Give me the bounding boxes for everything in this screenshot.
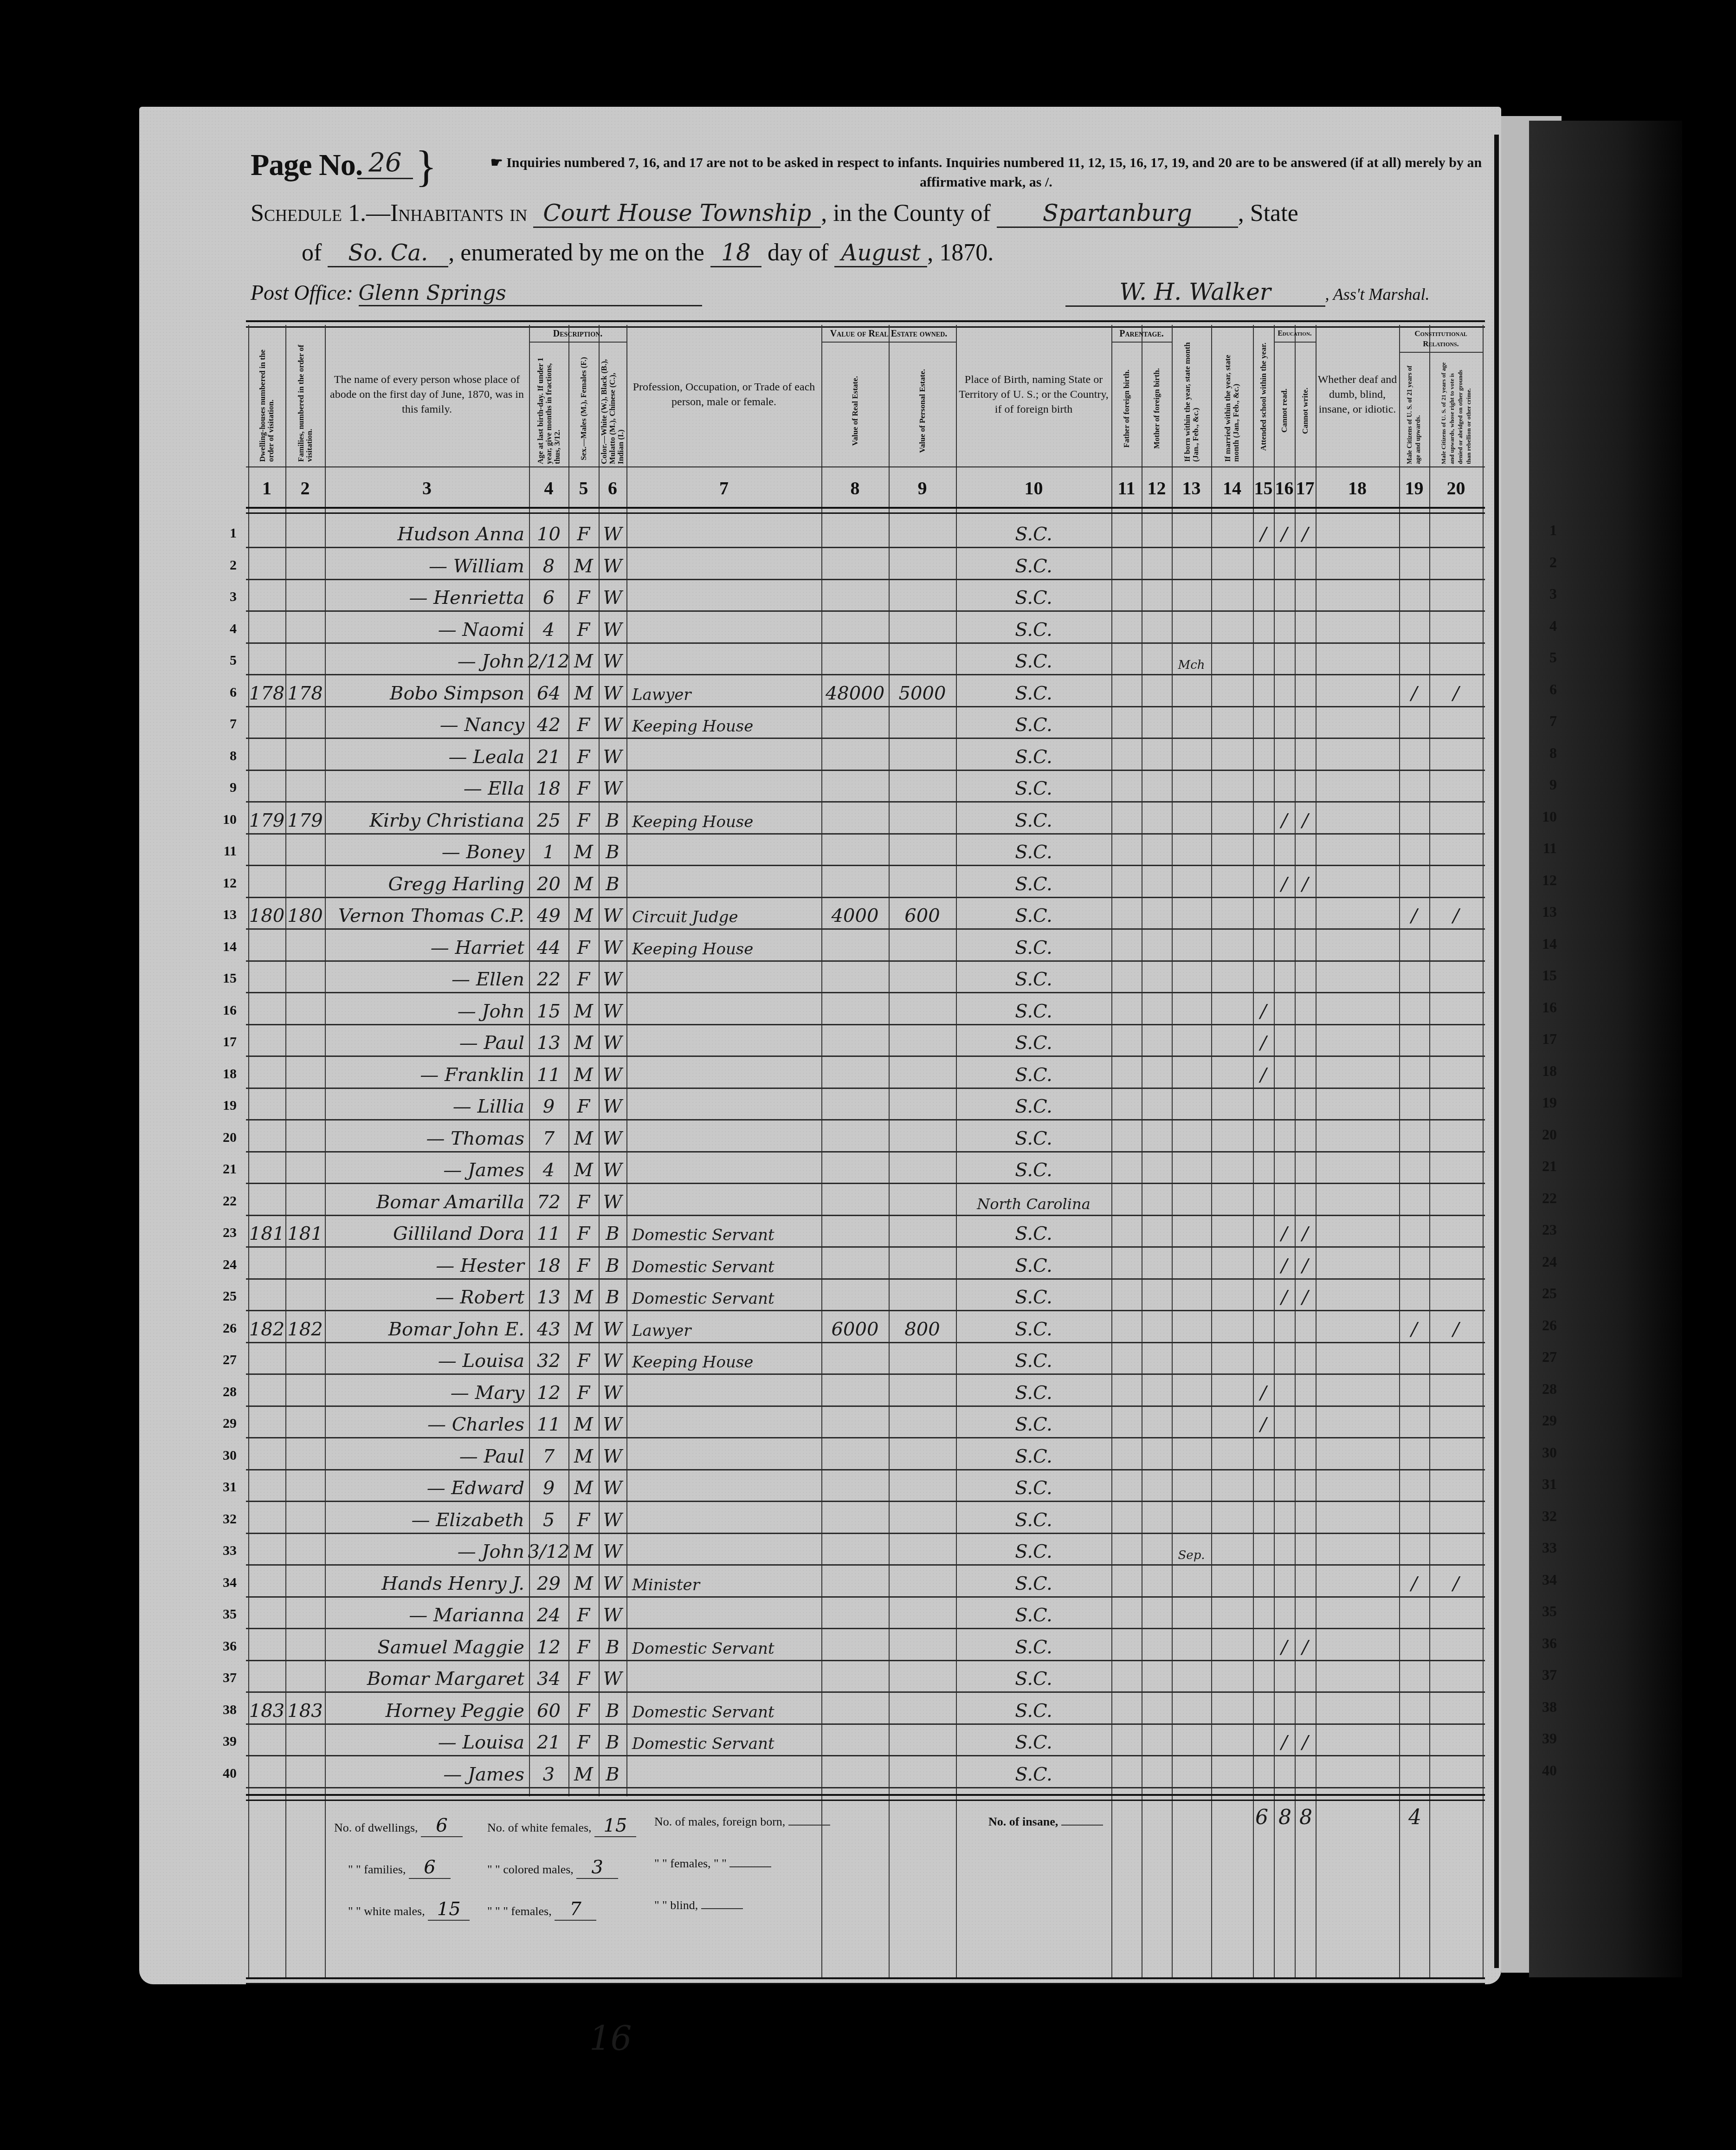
cell-occupation bbox=[626, 1438, 821, 1469]
cell-personal bbox=[889, 738, 956, 770]
cell-c13 bbox=[1172, 1501, 1211, 1533]
cell-age: 34 bbox=[529, 1660, 568, 1691]
cell-birth: S.C. bbox=[956, 1405, 1111, 1437]
line-number-right: 40 bbox=[1520, 1762, 1557, 1779]
page-border-line bbox=[1494, 135, 1499, 1968]
cell-personal bbox=[889, 1469, 956, 1501]
cell-birth: S.C. bbox=[956, 1596, 1111, 1628]
cell-occupation: Domestic Servant bbox=[626, 1278, 821, 1310]
cell-age: 7 bbox=[529, 1438, 568, 1469]
line-number-right: 28 bbox=[1520, 1380, 1557, 1398]
cell-c20 bbox=[1429, 579, 1483, 610]
cell-c19 bbox=[1399, 1215, 1429, 1246]
cell-c20 bbox=[1429, 1374, 1483, 1405]
line-number: 10 bbox=[213, 812, 237, 828]
cell-c13 bbox=[1172, 833, 1211, 865]
cell-c19 bbox=[1399, 1438, 1429, 1469]
cell-c17: / bbox=[1295, 865, 1316, 897]
cell-c16 bbox=[1274, 1692, 1295, 1723]
table-row: 3838183183Horney Peggie60FBDomestic Serv… bbox=[246, 1692, 1485, 1725]
cell-color: W bbox=[599, 1405, 626, 1437]
cell-c19 bbox=[1399, 833, 1429, 865]
cell-c13 bbox=[1172, 738, 1211, 770]
cell-c19: / bbox=[1399, 1565, 1429, 1596]
cell-c20 bbox=[1429, 770, 1483, 801]
schedule-line: Schedule 1.—Inhabitants in Court House T… bbox=[251, 200, 1298, 228]
cell-age: 11 bbox=[529, 1056, 568, 1088]
county-label: , in the County of bbox=[821, 200, 990, 227]
cell-c16 bbox=[1274, 1469, 1295, 1501]
cell-c20 bbox=[1429, 1723, 1483, 1755]
cell-name: Vernon Thomas C.P. bbox=[325, 897, 529, 928]
line-number-right: 36 bbox=[1520, 1635, 1557, 1652]
cell-family bbox=[285, 1342, 325, 1373]
blind-count bbox=[701, 1908, 743, 1909]
cell-c17 bbox=[1295, 1438, 1316, 1469]
cell-age: 32 bbox=[529, 1342, 568, 1373]
col-number: 16 bbox=[1274, 470, 1295, 506]
cell-family bbox=[285, 579, 325, 610]
cell-family bbox=[285, 1247, 325, 1278]
cell-age: 22 bbox=[529, 960, 568, 992]
line-number: 2 bbox=[213, 557, 237, 573]
cell-c16 bbox=[1274, 1342, 1295, 1373]
marshal-signature: W. H. Walker bbox=[1065, 278, 1325, 307]
cell-personal bbox=[889, 1533, 956, 1564]
table-row: 2424— Hester18FBDomestic ServantS.C.// bbox=[246, 1247, 1485, 1280]
cell-c19 bbox=[1399, 1628, 1429, 1660]
cell-c13 bbox=[1172, 706, 1211, 738]
line-number-right: 3 bbox=[1520, 585, 1557, 602]
cell-c13 bbox=[1172, 547, 1211, 579]
cell-age: 21 bbox=[529, 1723, 568, 1755]
cell-occupation bbox=[626, 738, 821, 770]
families-count: 6 bbox=[409, 1857, 451, 1879]
cell-c13 bbox=[1172, 1342, 1211, 1373]
col-number: 7 bbox=[626, 470, 821, 506]
cell-sex: M bbox=[568, 865, 599, 897]
cell-occupation bbox=[626, 1183, 821, 1215]
cell-c15: / bbox=[1253, 1056, 1274, 1088]
cell-color: W bbox=[599, 960, 626, 992]
cell-age: 12 bbox=[529, 1628, 568, 1660]
description-group-header: Description. bbox=[529, 329, 626, 343]
dwellings-count: 6 bbox=[421, 1815, 463, 1837]
cell-c20 bbox=[1429, 1120, 1483, 1151]
cell-c13 bbox=[1172, 1024, 1211, 1056]
county-field: Spartanburg bbox=[997, 200, 1238, 228]
cell-birth: S.C. bbox=[956, 1374, 1111, 1405]
cell-dwelling bbox=[248, 960, 285, 992]
cell-personal bbox=[889, 1215, 956, 1246]
cell-age: 8 bbox=[529, 547, 568, 579]
cell-family bbox=[285, 1565, 325, 1596]
cell-c16 bbox=[1274, 1120, 1295, 1151]
brace-glyph: } bbox=[415, 144, 437, 188]
cell-sex: M bbox=[568, 1056, 599, 1088]
cell-dwelling bbox=[248, 1088, 285, 1119]
cell-name: Kirby Christiana bbox=[325, 802, 529, 833]
table-row: 55— John2/12MWS.C.Mch bbox=[246, 642, 1485, 675]
line-number: 28 bbox=[213, 1384, 237, 1400]
cell-c19 bbox=[1399, 865, 1429, 897]
cell-c16 bbox=[1274, 1088, 1295, 1119]
cell-dwelling bbox=[248, 1596, 285, 1628]
cell-family: 183 bbox=[285, 1692, 325, 1723]
cell-c15 bbox=[1253, 1501, 1274, 1533]
cell-c15: / bbox=[1253, 1405, 1274, 1437]
cell-dwelling: 178 bbox=[248, 674, 285, 706]
cell-dwelling bbox=[248, 642, 285, 674]
cell-sex: M bbox=[568, 1533, 599, 1564]
cell-c13 bbox=[1172, 1755, 1211, 1787]
line-number-right: 24 bbox=[1520, 1253, 1557, 1270]
cell-color: W bbox=[599, 642, 626, 674]
line-number: 35 bbox=[213, 1606, 237, 1622]
cell-dwelling bbox=[248, 770, 285, 801]
cell-family bbox=[285, 1405, 325, 1437]
cell-c16 bbox=[1274, 929, 1295, 960]
cell-personal bbox=[889, 960, 956, 992]
cell-occupation bbox=[626, 515, 821, 547]
cell-c20 bbox=[1429, 1024, 1483, 1056]
line-number-right: 1 bbox=[1520, 522, 1557, 539]
cell-c13 bbox=[1172, 1596, 1211, 1628]
cell-dwelling: 180 bbox=[248, 897, 285, 928]
cell-real bbox=[821, 929, 889, 960]
cell-birth: S.C. bbox=[956, 547, 1111, 579]
line-number-right: 13 bbox=[1520, 903, 1557, 920]
cell-c13 bbox=[1172, 1151, 1211, 1183]
cell-birth: S.C. bbox=[956, 1692, 1111, 1723]
line-number: 31 bbox=[213, 1479, 237, 1495]
line-number-right: 7 bbox=[1520, 712, 1557, 730]
cell-sex: F bbox=[568, 515, 599, 547]
cell-color: B bbox=[599, 1215, 626, 1246]
line-number: 23 bbox=[213, 1225, 237, 1241]
cell-c15 bbox=[1253, 833, 1274, 865]
cell-family bbox=[285, 1628, 325, 1660]
cell-sex: M bbox=[568, 1151, 599, 1183]
cell-color: W bbox=[599, 1120, 626, 1151]
cell-c19 bbox=[1399, 1024, 1429, 1056]
col15-header: Attended school within the year. bbox=[1253, 330, 1274, 464]
cell-personal bbox=[889, 770, 956, 801]
cell-dwelling bbox=[248, 1151, 285, 1183]
cell-sex: F bbox=[568, 1628, 599, 1660]
foreign-females-count bbox=[729, 1866, 771, 1867]
cell-real bbox=[821, 1151, 889, 1183]
cell-c17 bbox=[1295, 674, 1316, 706]
cell-occupation bbox=[626, 547, 821, 579]
cell-occupation bbox=[626, 579, 821, 610]
cell-age: 9 bbox=[529, 1469, 568, 1501]
cell-name: — Harriet bbox=[325, 929, 529, 960]
cell-real bbox=[821, 802, 889, 833]
cell-c19 bbox=[1399, 802, 1429, 833]
cell-color: W bbox=[599, 1596, 626, 1628]
cell-c20 bbox=[1429, 1247, 1483, 1278]
cell-color: B bbox=[599, 1755, 626, 1787]
cell-dwelling bbox=[248, 706, 285, 738]
cell-birth: S.C. bbox=[956, 1628, 1111, 1660]
cell-c16 bbox=[1274, 1438, 1295, 1469]
cell-c19 bbox=[1399, 1278, 1429, 1310]
cell-personal bbox=[889, 1056, 956, 1088]
table-row: 3434Hands Henry J.29MWMinisterS.C.// bbox=[246, 1565, 1485, 1598]
table-row: 1212Gregg Harling20MBS.C.// bbox=[246, 865, 1485, 898]
col4-header: Age at last birth-day. If under 1 year, … bbox=[529, 353, 568, 464]
blind-label: " " blind, bbox=[654, 1898, 698, 1912]
col12-header: Mother of foreign birth. bbox=[1142, 353, 1172, 464]
line-number: 13 bbox=[213, 907, 237, 923]
month-field: August bbox=[834, 240, 927, 267]
cell-family: 182 bbox=[285, 1310, 325, 1342]
cell-family bbox=[285, 929, 325, 960]
line-number-right: 4 bbox=[1520, 617, 1557, 635]
cell-occupation: Circuit Judge bbox=[626, 897, 821, 928]
cell-occupation bbox=[626, 1120, 821, 1151]
cell-birth: S.C. bbox=[956, 770, 1111, 801]
cell-occupation bbox=[626, 992, 821, 1024]
cell-sex: M bbox=[568, 992, 599, 1024]
cell-sex: F bbox=[568, 1374, 599, 1405]
cell-name: — Paul bbox=[325, 1024, 529, 1056]
cell-c19 bbox=[1399, 1183, 1429, 1215]
cell-birth: S.C. bbox=[956, 1660, 1111, 1691]
cell-c16 bbox=[1274, 674, 1295, 706]
cell-sex: F bbox=[568, 770, 599, 801]
cell-name: — Louisa bbox=[325, 1723, 529, 1755]
cell-c20 bbox=[1429, 1215, 1483, 1246]
cell-c15 bbox=[1253, 1533, 1274, 1564]
cell-color: W bbox=[599, 674, 626, 706]
cell-c15 bbox=[1253, 1151, 1274, 1183]
cell-c17 bbox=[1295, 1120, 1316, 1151]
cell-c15 bbox=[1253, 674, 1274, 706]
cell-color: B bbox=[599, 1278, 626, 1310]
line-number-right: 16 bbox=[1520, 999, 1557, 1016]
cell-real bbox=[821, 547, 889, 579]
cell-c13 bbox=[1172, 1120, 1211, 1151]
cell-color: W bbox=[599, 897, 626, 928]
cell-occupation: Keeping House bbox=[626, 929, 821, 960]
cell-family bbox=[285, 1501, 325, 1533]
cell-age: 3 bbox=[529, 1755, 568, 1787]
cell-sex: M bbox=[568, 1469, 599, 1501]
cell-dwelling bbox=[248, 1056, 285, 1088]
line-number: 40 bbox=[213, 1766, 237, 1781]
table-row: 1717— Paul13MWS.C./ bbox=[246, 1024, 1485, 1057]
cell-personal bbox=[889, 1755, 956, 1787]
line-number: 15 bbox=[213, 971, 237, 986]
cell-color: B bbox=[599, 1723, 626, 1755]
cell-c20 bbox=[1429, 802, 1483, 833]
cell-color: W bbox=[599, 1342, 626, 1373]
foreign-males-count bbox=[788, 1825, 830, 1826]
cell-real bbox=[821, 1723, 889, 1755]
line-number: 19 bbox=[213, 1098, 237, 1114]
constitutional-group-header: Constitutional Relations. bbox=[1399, 329, 1483, 353]
line-number-right: 29 bbox=[1520, 1412, 1557, 1429]
cell-c20 bbox=[1429, 1342, 1483, 1373]
line-number-right: 8 bbox=[1520, 745, 1557, 762]
foreign-males-label: No. of males, foreign born, bbox=[654, 1815, 785, 1828]
cell-name: — John bbox=[325, 992, 529, 1024]
cell-name: — James bbox=[325, 1755, 529, 1787]
cell-real bbox=[821, 1056, 889, 1088]
cell-c13 bbox=[1172, 1215, 1211, 1246]
cell-birth: S.C. bbox=[956, 642, 1111, 674]
cell-name: — Naomi bbox=[325, 611, 529, 642]
cell-c16 bbox=[1274, 1501, 1295, 1533]
cell-c19 bbox=[1399, 1723, 1429, 1755]
cell-c20 bbox=[1429, 547, 1483, 579]
col7-header: Profession, Occupation, or Trade of each… bbox=[626, 325, 821, 464]
census-table: Dwelling-houses numbered in the order of… bbox=[246, 325, 1485, 1982]
cell-age: 43 bbox=[529, 1310, 568, 1342]
cell-c16 bbox=[1274, 1310, 1295, 1342]
cell-color: B bbox=[599, 865, 626, 897]
line-number-right: 32 bbox=[1520, 1508, 1557, 1525]
cell-age: 72 bbox=[529, 1183, 568, 1215]
cell-occupation bbox=[626, 642, 821, 674]
cell-family bbox=[285, 642, 325, 674]
cell-c17 bbox=[1295, 897, 1316, 928]
cell-name: Horney Peggie bbox=[325, 1692, 529, 1723]
cell-c15 bbox=[1253, 1565, 1274, 1596]
table-row: 1919— Lillia9FWS.C. bbox=[246, 1088, 1485, 1120]
cell-c15 bbox=[1253, 1596, 1274, 1628]
cell-c13 bbox=[1172, 1628, 1211, 1660]
cell-c15 bbox=[1253, 802, 1274, 833]
cell-age: 13 bbox=[529, 1278, 568, 1310]
cell-dwelling bbox=[248, 547, 285, 579]
cell-name: Bomar John E. bbox=[325, 1310, 529, 1342]
cell-c19 bbox=[1399, 1469, 1429, 1501]
cell-c16 bbox=[1274, 642, 1295, 674]
cell-real bbox=[821, 865, 889, 897]
cell-c17 bbox=[1295, 929, 1316, 960]
cell-birth: S.C. bbox=[956, 865, 1111, 897]
cell-color: W bbox=[599, 611, 626, 642]
cell-c20 bbox=[1429, 642, 1483, 674]
cell-occupation bbox=[626, 1533, 821, 1564]
cell-birth: S.C. bbox=[956, 1438, 1111, 1469]
cell-birth: S.C. bbox=[956, 833, 1111, 865]
cell-family bbox=[285, 770, 325, 801]
cell-color: W bbox=[599, 1533, 626, 1564]
col-number: 2 bbox=[285, 470, 325, 506]
cell-family bbox=[285, 960, 325, 992]
cell-c19 bbox=[1399, 960, 1429, 992]
cell-name: — Mary bbox=[325, 1374, 529, 1405]
line-number-right: 30 bbox=[1520, 1444, 1557, 1461]
cell-birth: S.C. bbox=[956, 1088, 1111, 1119]
cell-c19 bbox=[1399, 1692, 1429, 1723]
white-males-label: " " white males, bbox=[348, 1904, 425, 1918]
cell-sex: F bbox=[568, 706, 599, 738]
cell-occupation: Lawyer bbox=[626, 674, 821, 706]
cell-c20 bbox=[1429, 1692, 1483, 1723]
cell-occupation bbox=[626, 1088, 821, 1119]
cell-c19 bbox=[1399, 992, 1429, 1024]
cell-c17: / bbox=[1295, 515, 1316, 547]
cell-real bbox=[821, 1565, 889, 1596]
col-number: 8 bbox=[821, 470, 889, 506]
cell-c19 bbox=[1399, 1596, 1429, 1628]
cell-c13 bbox=[1172, 1278, 1211, 1310]
cell-c15 bbox=[1253, 1342, 1274, 1373]
cell-color: W bbox=[599, 1565, 626, 1596]
of-label: of bbox=[302, 240, 322, 266]
table-row: 3535— Marianna24FWS.C. bbox=[246, 1596, 1485, 1629]
cell-personal bbox=[889, 1692, 956, 1723]
cell-personal bbox=[889, 833, 956, 865]
cell-color: B bbox=[599, 1692, 626, 1723]
col10-header: Place of Birth, naming State or Territor… bbox=[956, 325, 1111, 464]
cell-c15 bbox=[1253, 770, 1274, 801]
col8-header: Value of Real Estate. bbox=[821, 357, 889, 464]
cell-sex: M bbox=[568, 1024, 599, 1056]
line-number: 5 bbox=[213, 653, 237, 668]
cell-c20 bbox=[1429, 1628, 1483, 1660]
cell-age: 4 bbox=[529, 1151, 568, 1183]
cell-c17 bbox=[1295, 1565, 1316, 1596]
cell-real bbox=[821, 706, 889, 738]
cell-family bbox=[285, 1723, 325, 1755]
total-cannot-read: 8 bbox=[1278, 1806, 1291, 1829]
cell-personal bbox=[889, 1501, 956, 1533]
cell-color: W bbox=[599, 770, 626, 801]
line-number: 6 bbox=[213, 685, 237, 700]
cell-sex: M bbox=[568, 897, 599, 928]
cell-sex: F bbox=[568, 1501, 599, 1533]
line-number: 20 bbox=[213, 1130, 237, 1146]
cell-personal bbox=[889, 929, 956, 960]
cell-name: — Elizabeth bbox=[325, 1501, 529, 1533]
line-number-right: 34 bbox=[1520, 1571, 1557, 1588]
line-number-right: 23 bbox=[1520, 1221, 1557, 1238]
col-number: 15 bbox=[1253, 470, 1274, 506]
table-row: 3636Samuel Maggie12FBDomestic ServantS.C… bbox=[246, 1628, 1485, 1661]
cell-c16 bbox=[1274, 1183, 1295, 1215]
cell-age: 24 bbox=[529, 1596, 568, 1628]
cell-sex: M bbox=[568, 1120, 599, 1151]
cell-age: 9 bbox=[529, 1088, 568, 1119]
cell-occupation: Lawyer bbox=[626, 1310, 821, 1342]
cell-real bbox=[821, 992, 889, 1024]
line-number: 7 bbox=[213, 716, 237, 732]
cell-c16 bbox=[1274, 960, 1295, 992]
cell-personal bbox=[889, 611, 956, 642]
cell-c15 bbox=[1253, 897, 1274, 928]
cell-sex: F bbox=[568, 1215, 599, 1246]
cell-c15 bbox=[1253, 547, 1274, 579]
cell-age: 20 bbox=[529, 865, 568, 897]
cell-dwelling bbox=[248, 1120, 285, 1151]
cell-c20 bbox=[1429, 738, 1483, 770]
cell-c19 bbox=[1399, 1533, 1429, 1564]
cell-dwelling bbox=[248, 865, 285, 897]
table-row: 3737Bomar Margaret34FWS.C. bbox=[246, 1660, 1485, 1693]
cell-c15 bbox=[1253, 611, 1274, 642]
cell-family bbox=[285, 1533, 325, 1564]
cell-age: 11 bbox=[529, 1215, 568, 1246]
cell-c13 bbox=[1172, 674, 1211, 706]
cell-occupation: Domestic Servant bbox=[626, 1723, 821, 1755]
line-number: 30 bbox=[213, 1448, 237, 1464]
